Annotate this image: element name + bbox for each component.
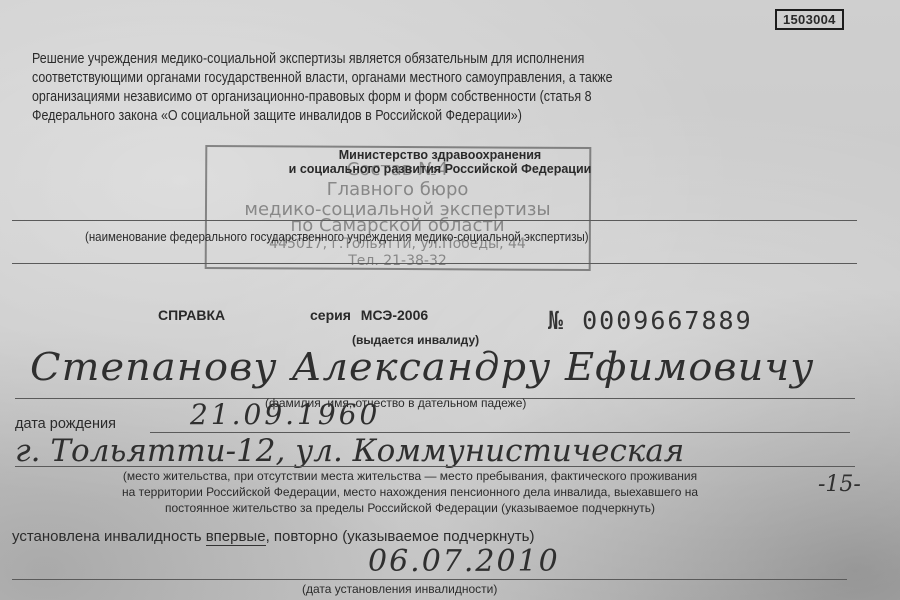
disability-instruction: (указываемое подчеркнуть) <box>342 528 534 545</box>
disability-label: установлена инвалидность <box>12 528 202 545</box>
institution-line-1 <box>12 220 857 221</box>
person-full-name: Степанову Александру Ефимовичу <box>30 345 814 389</box>
option-repeat[interactable]: повторно <box>274 528 338 545</box>
disability-date: 06.07.2010 <box>368 544 560 579</box>
address-suffix: -15- <box>818 472 861 497</box>
stamp-line: Тел. 21-38-32 <box>205 253 590 270</box>
address-caption-line: (место жительства, при отсутствии места … <box>20 468 800 484</box>
disability-date-caption: (дата установления инвалидности) <box>302 582 497 596</box>
institution-caption: (наименование федерального государственн… <box>85 230 589 244</box>
institution-line-2 <box>12 263 857 264</box>
address-caption-line: на территории Российской Федерации, мест… <box>20 484 800 500</box>
ministry-header: Министерство здравоохранения и социально… <box>240 148 640 176</box>
address-caption-line: постоянное жительство за пределы Российс… <box>20 500 800 516</box>
certificate-number: № 0009667889 <box>548 306 753 335</box>
ministry-line: и социального развития Российской Федера… <box>240 162 640 176</box>
stamp-line: Главного бюро <box>205 180 590 200</box>
stamp-text: Состав №4 Главного бюро медико-социально… <box>205 160 590 270</box>
birth-label: дата рождения <box>15 416 116 432</box>
notice-line: организациями независимо от организацион… <box>32 88 879 107</box>
disability-date-line <box>12 579 847 580</box>
disability-row: установлена инвалидность впервые, повтор… <box>12 528 535 545</box>
option-separator: , <box>266 528 270 545</box>
address-line <box>15 466 855 467</box>
address-value: г. Тольятти-12, ул. Коммунистическая <box>15 433 684 469</box>
birth-date: 21.09.1960 <box>190 398 380 431</box>
form-code: 1503004 <box>775 9 844 30</box>
address-caption: (место жительства, при отсутствии места … <box>20 468 800 516</box>
certificate-title: СПРАВКА <box>158 307 225 323</box>
option-first[interactable]: впервые <box>206 528 266 546</box>
notice-line: соответствующими органами государственно… <box>32 69 879 88</box>
ministry-line: Министерство здравоохранения <box>240 148 640 162</box>
series-value: МСЭ-2006 <box>361 307 428 323</box>
certificate-series: серия МСЭ-2006 <box>310 307 428 323</box>
notice-line: Решение учреждения медико-социальной экс… <box>32 50 879 69</box>
legal-notice: Решение учреждения медико-социальной экс… <box>32 50 879 126</box>
number-value: 0009667889 <box>582 306 753 335</box>
number-sign: № <box>548 306 565 335</box>
series-label: серия <box>310 307 351 323</box>
notice-line: Федерального закона «О социальной защите… <box>32 107 879 126</box>
